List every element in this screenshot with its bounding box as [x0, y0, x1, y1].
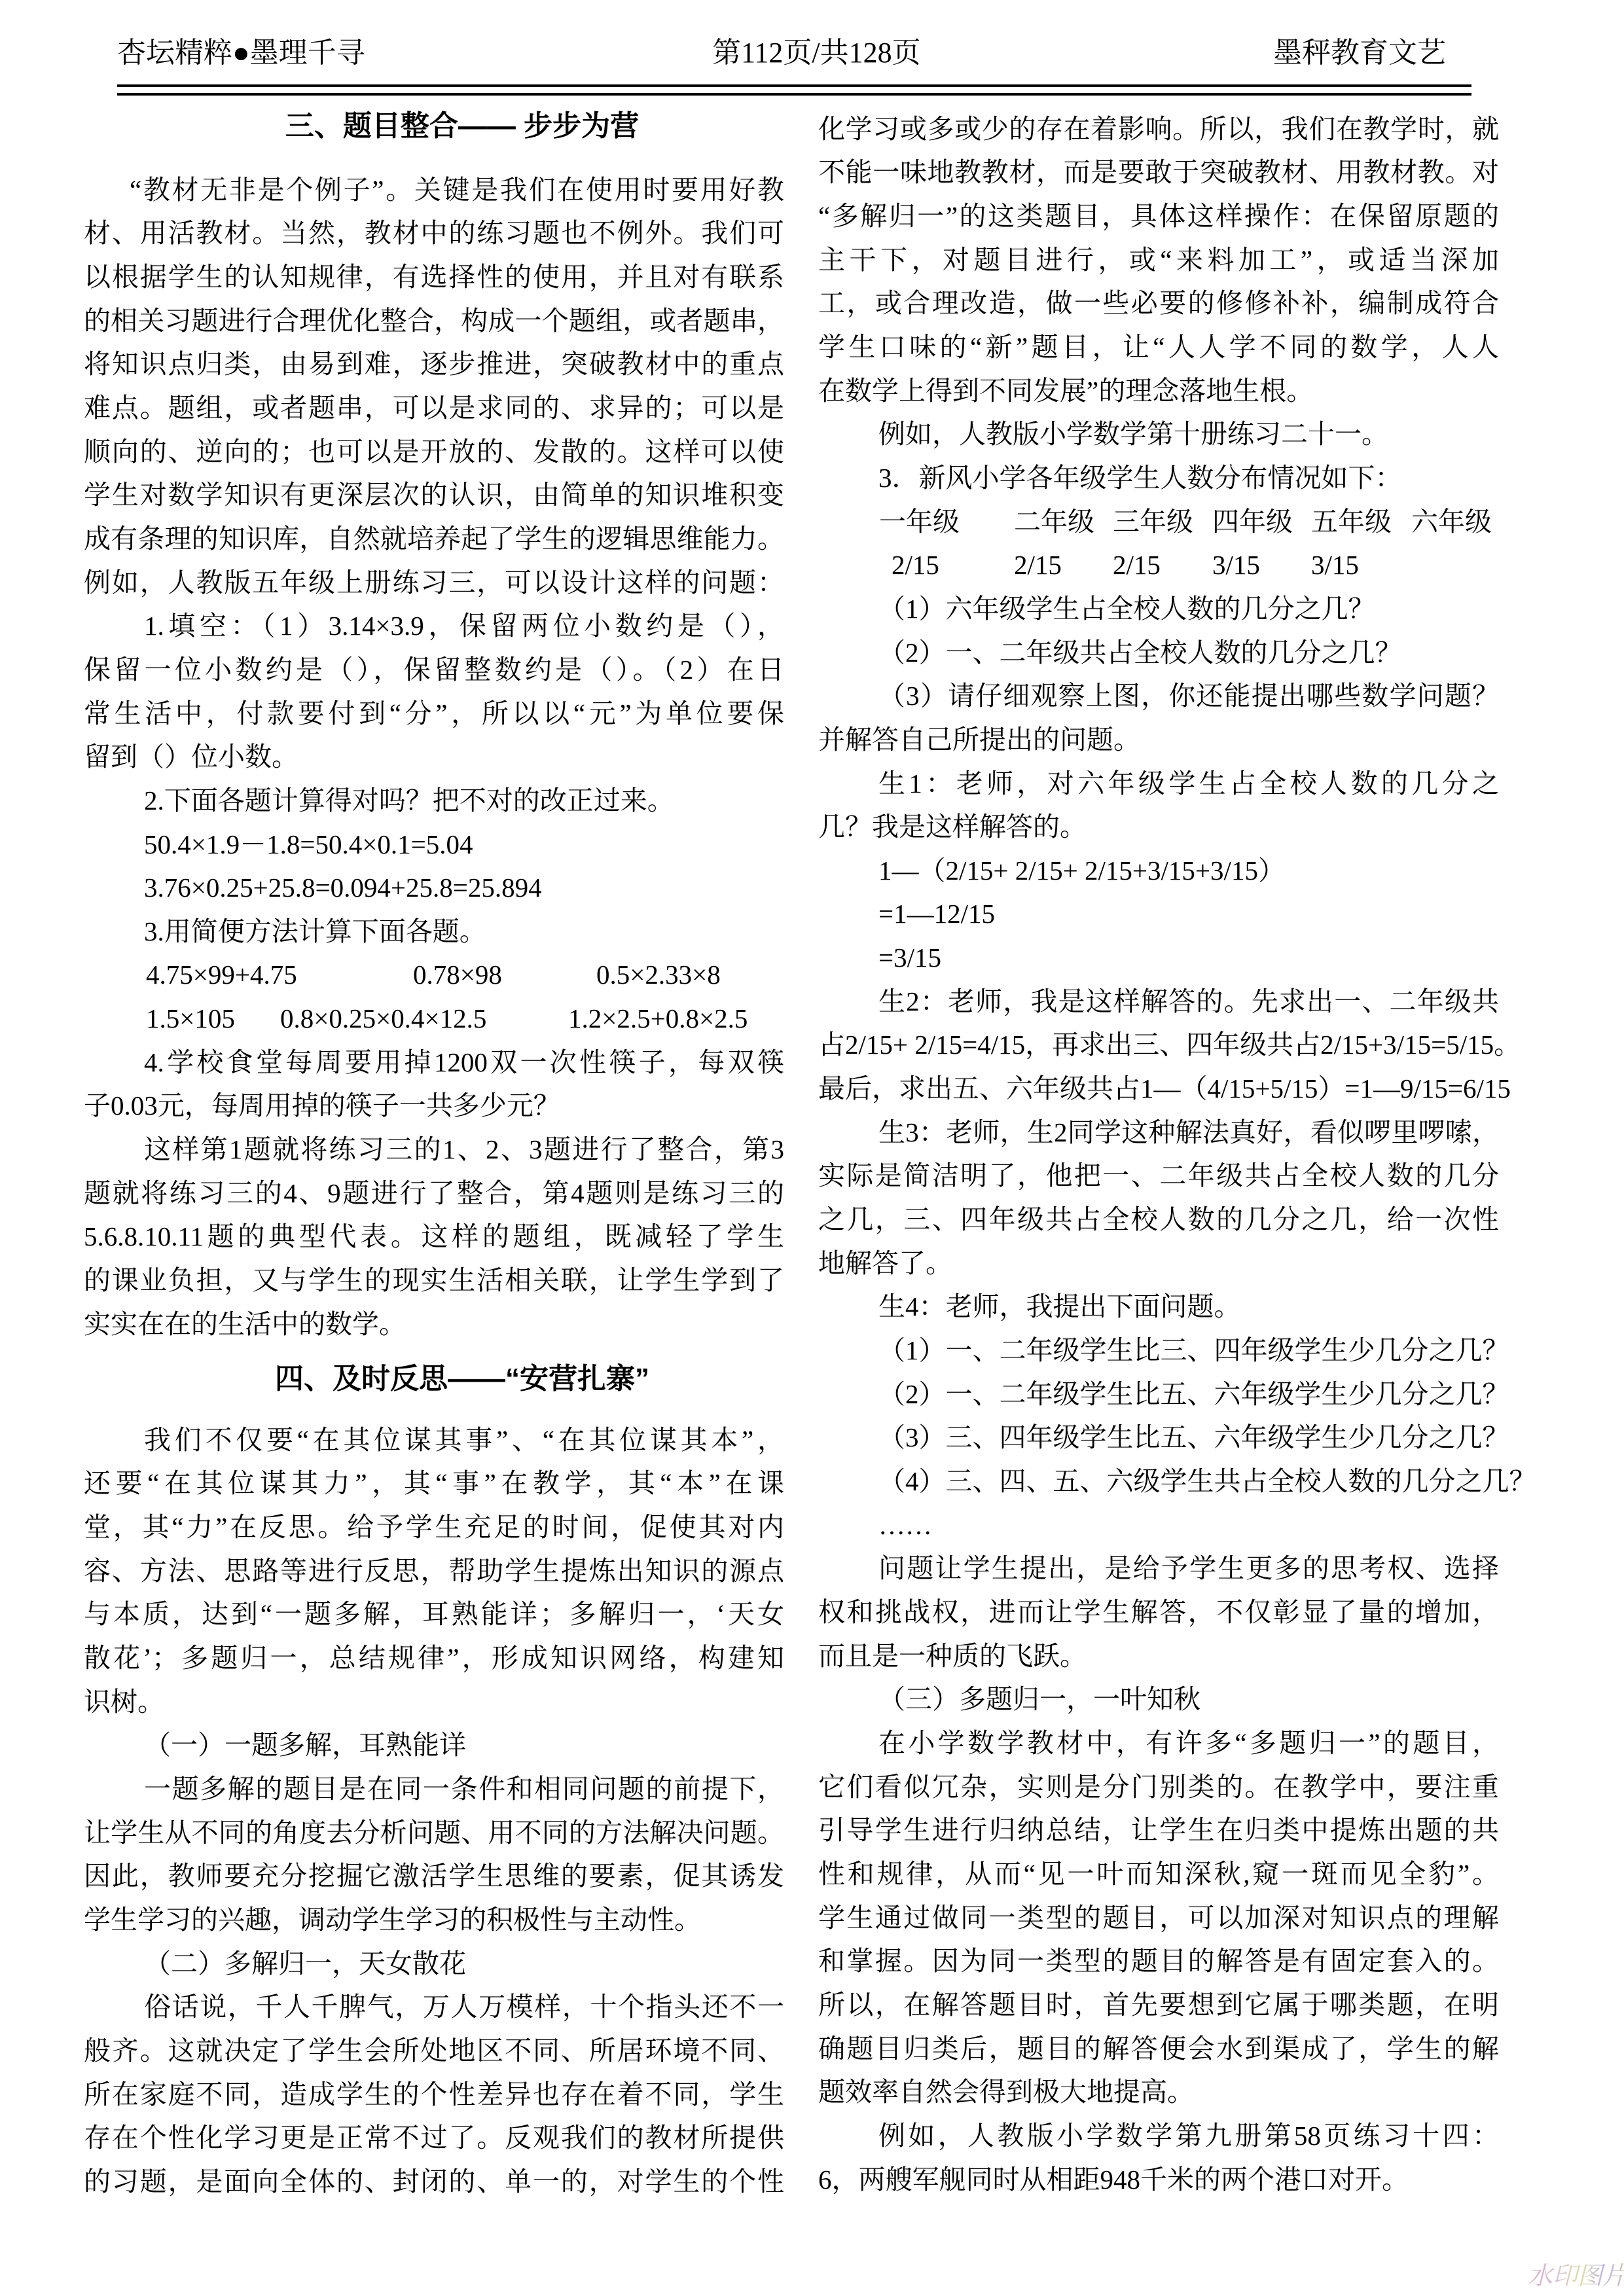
calc-row: 4.75×99+4.75 0.78×98 0.5×2.33×8: [84, 953, 784, 997]
text-line: 的课业负担，又与学生的现实生活相关联，让学生学到了: [84, 1259, 784, 1302]
text-line: 主干下，对题目进行，或“来料加工”，或适当深加: [818, 238, 1499, 282]
question-line: （2）一、二年级共占全校人数的几分之几？: [818, 631, 1499, 675]
text-line: 学生口味的“新”题目，让“人人学不同的数学，人人: [818, 325, 1499, 369]
exercise-3-line: 3.用简便方法计算下面各题。: [84, 910, 784, 954]
text-line: 例如，人教版五年级上册练习三，可以设计这样的问题：: [84, 561, 784, 605]
calc-item: 1.2×2.5+0.8×2.5: [568, 997, 748, 1041]
text-line: 这样第1题就将练习三的1、2、3题进行了整合，第3: [84, 1128, 784, 1172]
exercise-1-line: 保留一位小数约是（），保留整数约是（）。（2）在日: [84, 648, 784, 692]
exercise-4-line: 子0.03元，每周用掉的筷子一共多少元？: [84, 1084, 784, 1128]
text-line: 工，或合理改造，做一些必要的修修补补，编制成符合: [818, 281, 1499, 325]
text-line: 成有条理的知识库，自然就培养起了学生的逻辑思维能力。: [84, 517, 784, 561]
question-line: （1）一、二年级学生比三、四年级学生少几分之几？: [818, 1329, 1499, 1372]
subheading: （一）一题多解，耳熟能详: [84, 1723, 784, 1767]
question-line: 并解答自己所提出的问题。: [818, 718, 1499, 762]
exercise-1-line: 1.填空：（1）3.14×3.9，保留两位小数约是（），: [84, 604, 784, 648]
calc-row: 1.5×105 0.8×0.25×0.4×12.5 1.2×2.5+0.8×2.…: [84, 997, 784, 1041]
text-line: 它们看似冗杂，实则是分门别类的。在教学中，要注重: [818, 1765, 1499, 1809]
text-line: 我们不仅要“在其位谋其事”、“在其位谋其本”，: [84, 1418, 784, 1462]
student-answer-line: 生4：老师，我提出下面问题。: [818, 1285, 1499, 1329]
subheading: （二）多解归一，天女散花: [84, 1942, 784, 1986]
grade-label: 一年级: [879, 500, 960, 544]
student-answer-line: 生2：老师，我是这样解答的。先求出一、二年级共: [818, 980, 1499, 1024]
section-3-body: “教材无非是个例子”。关键是我们在使用时要用好教 材、用活教材。当然，教材中的练…: [84, 168, 784, 1346]
text-line: 题效率自然会得到极大地提高。: [818, 2070, 1499, 2114]
section-title-3: 三、题目整合—— 步步为营: [84, 105, 784, 149]
text-line: 堂，其“力”在反思。给予学生充足的时间，促使其对内: [84, 1505, 784, 1549]
equation-line: 1—（2/15+ 2/15+ 2/15+3/15+3/15）: [818, 849, 1499, 893]
calc-item: 0.5×2.33×8: [596, 953, 721, 997]
student-answer-line: 地解答了。: [818, 1242, 1499, 1285]
text-line: 所以，在解答题目时，首先要想到它属于哪类题，在明: [818, 1983, 1499, 2027]
question-line: （1）六年级学生占全校人数的几分之几？: [818, 587, 1499, 631]
text-line: 所在家庭不同，造成学生的个性差异也存在着不同，学生: [84, 2073, 784, 2117]
grade-table-header-row: 一年级 二年级 三年级 四年级 五年级 六年级: [818, 500, 1499, 544]
text-line: 引导学生进行归纳总结，让学生在归类中提炼出题的共: [818, 1808, 1499, 1852]
student-answer-line: 生3：老师，生2同学这种解法真好，看似啰里啰嗦，: [818, 1111, 1499, 1155]
text-line: 学生通过做同一类型的题目，可以加深对知识点的理解: [818, 1896, 1499, 1940]
text-line: 5.6.8.10.11题的典型代表。这样的题组，既减轻了学生: [84, 1215, 784, 1259]
text-line: 3．新风小学各年级学生人数分布情况如下：: [818, 456, 1499, 500]
text-line: 例如，人教版小学数学第九册第58页练习十四：: [818, 2114, 1499, 2158]
text-line: 俗话说，千人千脾气，万人万模样，十个指头还不一: [84, 1985, 784, 2029]
exercise-1-line: 常生活中，付款要付到“分”，所以以“元”为单位要保: [84, 692, 784, 736]
section-title-4: 四、及时反思——“安营扎寨”: [84, 1357, 784, 1401]
ellipsis: ……: [818, 1503, 1499, 1547]
question-line: （3）三、四年级学生比五、六年级学生少几分之几？: [818, 1416, 1499, 1460]
text-line: 散花’；多题归一，总结规律”，形成知识网络，构建知: [84, 1636, 784, 1680]
equation-line: 50.4×1.9－1.8=50.4×0.1=5.04: [84, 823, 784, 867]
text-line: 实实在在的生活中的数学。: [84, 1302, 784, 1346]
text-line: 学生学习的兴趣，调动学生学习的积极性与主动性。: [84, 1898, 784, 1942]
student-answer-line: 占2/15+ 2/15=4/15，再求出三、四年级共占2/15+3/15=5/1…: [818, 1023, 1499, 1067]
grade-fraction: 2/15: [892, 543, 939, 587]
text-line: 问题让学生提出，是给予学生更多的思考权、选择: [818, 1547, 1499, 1590]
text-line: 化学习或多或少的存在着影响。所以，我们在教学时，就: [818, 107, 1499, 151]
equation-line: 3.76×0.25+25.8=0.094+25.8=25.894: [84, 866, 784, 910]
text-line: 识树。: [84, 1680, 784, 1724]
grade-fraction: 2/15: [1113, 543, 1161, 587]
text-line: 题就将练习三的4、9题进行了整合，第4题则是练习三的: [84, 1172, 784, 1215]
text-line: 性和规律，从而“见一叶而知深秋,窥一斑而见全豹”。: [818, 1852, 1499, 1896]
student-answer-line: 几？我是这样解答的。: [818, 805, 1499, 849]
subheading: （三）多题归一，一叶知秋: [818, 1677, 1499, 1721]
text-line: 学生对数学知识有更深层次的认识，由简单的知识堆积变: [84, 473, 784, 517]
section-4-body: 我们不仅要“在其位谋其事”、“在其位谋其本”， 还要“在其位谋其力”，其“事”在…: [84, 1418, 784, 2204]
text-line: 以根据学生的认知规律，有选择性的使用，并且对有联系: [84, 255, 784, 299]
text-line: 与本质，达到“一题多解，耳熟能详；多解归一，‘天女: [84, 1592, 784, 1636]
text-line: 般齐。这就决定了学生会所处地区不同、所居环境不同、: [84, 2029, 784, 2073]
text-line: 将知识点归类，由易到难，逐步推进，突破教材中的重点: [84, 342, 784, 386]
student-answer-line: 最后，求出五、六年级共占1—（4/15+5/15）=1—9/15=6/15: [818, 1067, 1499, 1111]
student-answer-line: 之几，三、四年级共占全校人数的几分之几，给一次性: [818, 1198, 1499, 1242]
text-line: 在数学上得到不同发展”的理念落地生根。: [818, 369, 1499, 413]
text-line: 确题目归类后，题目的解答便会水到渠成了，学生的解: [818, 2027, 1499, 2071]
text-line: 的习题，是面向全体的、封闭的、单一的，对学生的个性: [84, 2160, 784, 2204]
grade-label: 三年级: [1113, 500, 1193, 544]
text-line: 例如，人教版小学数学第十册练习二十一。: [818, 412, 1499, 456]
grade-label: 四年级: [1212, 500, 1293, 544]
calc-item: 4.75×99+4.75: [146, 953, 297, 997]
text-line: 难点。题组，或者题串，可以是求同的、求异的；可以是: [84, 386, 784, 430]
grade-label: 二年级: [1014, 500, 1094, 544]
text-line: 存在个性化学习更是正常不过了。反观我们的教材所提供: [84, 2116, 784, 2160]
grade-label: 六年级: [1411, 500, 1492, 544]
exercise-1-line: 留到（）位小数。: [84, 735, 784, 779]
grade-fraction: 3/15: [1212, 543, 1260, 587]
text-line: 而且是一种质的飞跃。: [818, 1634, 1499, 1678]
grade-fraction: 2/15: [1014, 543, 1062, 587]
question-line: （2）一、二年级学生比五、六年级学生少几分之几？: [818, 1372, 1499, 1416]
question-line: （4）三、四、五、六级学生共占全校人数的几分之几？: [818, 1460, 1499, 1503]
equation-line: =1—12/15: [818, 892, 1499, 936]
text-line: 还要“在其位谋其力”，其“事”在教学，其“本”在课: [84, 1462, 784, 1505]
text-line: 容、方法、思路等进行反思，帮助学生提炼出知识的源点: [84, 1549, 784, 1593]
left-column: 三、题目整合—— 步步为营 “教材无非是个例子”。关键是我们在使用时要用好教 材…: [84, 0, 784, 2296]
question-line: （3）请仔细观察上图，你还能提出哪些数学问题？: [818, 674, 1499, 718]
text-line: 和掌握。因为同一类型的题目的解答是有固定套入的。: [818, 1939, 1499, 1983]
text-line: 顺向的、逆向的；也可以是开放的、发散的。这样可以使: [84, 430, 784, 474]
student-answer-line: 生1：老师，对六年级学生占全校人数的几分之: [818, 762, 1499, 806]
text-line: 让学生从不同的角度去分析问题、用不同的方法解决问题。: [84, 1811, 784, 1855]
exercise-4-line: 4.学校食堂每周要用掉1200双一次性筷子，每双筷: [84, 1041, 784, 1085]
student-answer-line: 实际是简洁明了，他把一、二年级共占全校人数的几分: [818, 1154, 1499, 1198]
text-line: 一题多解的题目是在同一条件和相同问题的前提下，: [84, 1767, 784, 1811]
text-line: 因此，教师要充分挖掘它激活学生思维的要素，促其诱发: [84, 1854, 784, 1898]
watermark: 水印图片: [1528, 2255, 1624, 2291]
calc-item: 0.8×0.25×0.4×12.5: [280, 997, 486, 1041]
grade-fraction: 3/15: [1311, 543, 1359, 587]
text-line: “教材无非是个例子”。关键是我们在使用时要用好教: [84, 168, 784, 212]
equation-line: =3/15: [818, 936, 1499, 980]
calc-item: 1.5×105: [146, 997, 235, 1041]
text-line: 的相关习题进行合理优化整合，构成一个题组，或者题串，: [84, 299, 784, 343]
text-line: 权和挑战权，进而让学生解答，不仅彰显了量的增加，: [818, 1590, 1499, 1634]
text-line: 材、用活教材。当然，教材中的练习题也不例外。我们可: [84, 211, 784, 255]
right-column: 化学习或多或少的存在着影响。所以，我们在教学时，就 不能一味地教教材，而是要敢于…: [818, 0, 1499, 2296]
right-column-body: 化学习或多或少的存在着影响。所以，我们在教学时，就 不能一味地教教材，而是要敢于…: [818, 107, 1499, 2202]
text-line: 不能一味地教教材，而是要敢于突破教材、用教材教。对: [818, 151, 1499, 194]
grade-label: 五年级: [1311, 500, 1392, 544]
text-line: 6，两艘军舰同时从相距948千米的两个港口对开。: [818, 2158, 1499, 2202]
exercise-2-line: 2.下面各题计算得对吗？把不对的改正过来。: [84, 779, 784, 823]
text-line: 在小学数学教材中，有许多“多题归一”的题目，: [818, 1721, 1499, 1765]
calc-item: 0.78×98: [413, 953, 502, 997]
text-line: “多解归一”的这类题目，具体这样操作：在保留原题的: [818, 194, 1499, 238]
grade-table-value-row: 2/15 2/15 2/15 3/15 3/15: [818, 543, 1499, 587]
